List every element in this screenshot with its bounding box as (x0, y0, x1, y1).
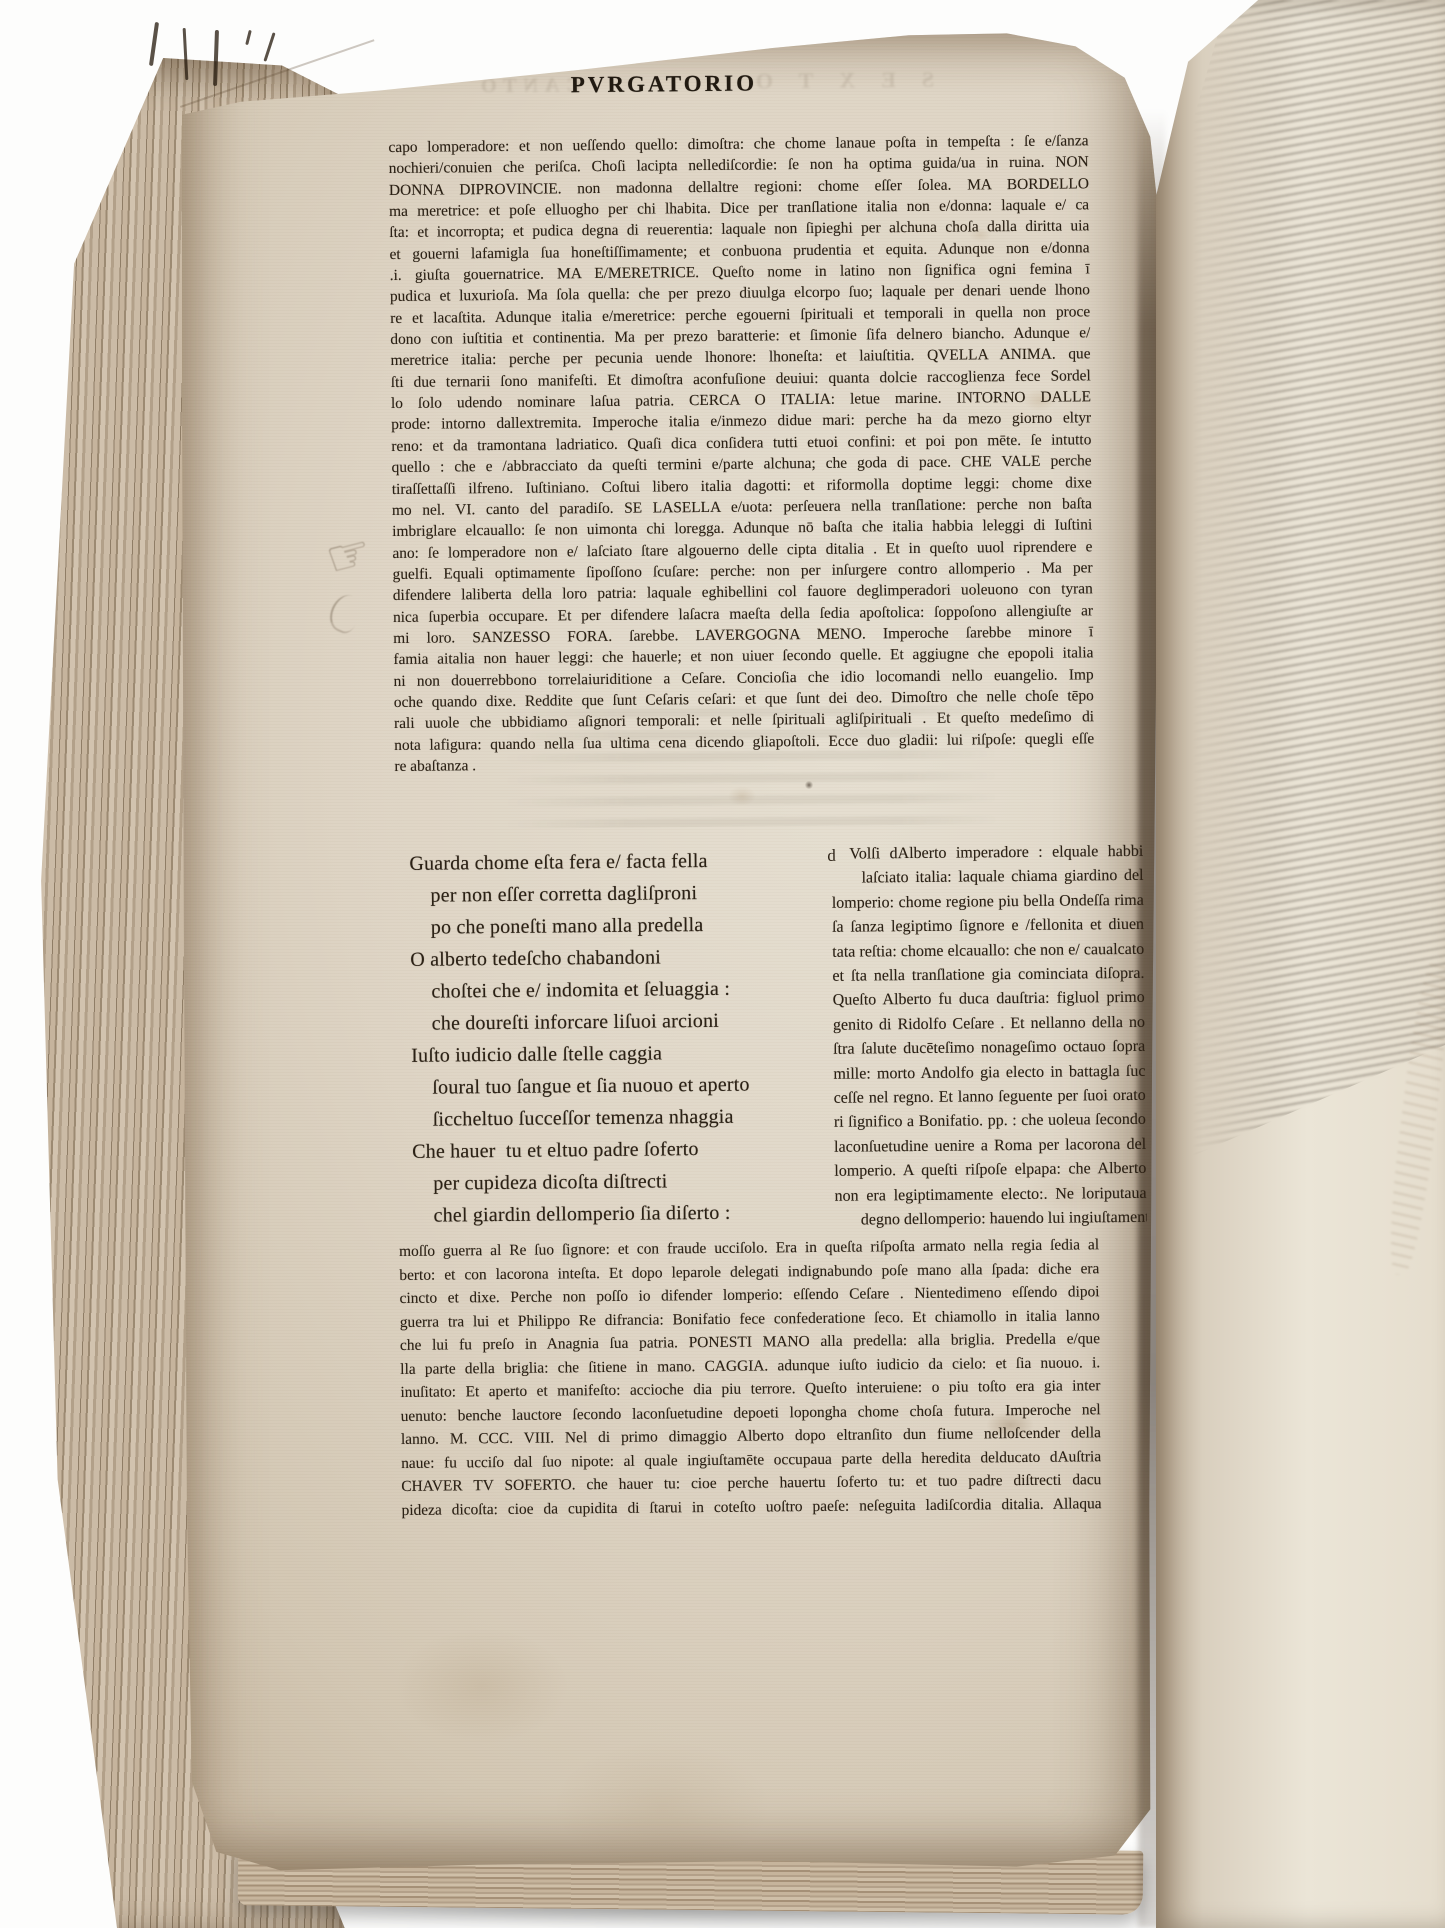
text-line: non era legiptimamente electo:. Ne lorip… (834, 1181, 1146, 1208)
right-page-text-blur (1191, 0, 1445, 1157)
text-line: ſa ſanza legiptimo ſignore e /fellonita … (832, 913, 1144, 940)
text-line: mille: morto Andolfo gia electo in batta… (833, 1059, 1145, 1086)
ink-stroke (245, 30, 252, 45)
commentary-top: capo lomperadore: et non ueſſendo quello… (388, 130, 1094, 777)
right-page (1156, 0, 1445, 1928)
text-line: ri ſignifico a Bonifatio. pp. : che uole… (834, 1108, 1146, 1135)
text-line: Volſi dAlberto imperadore : elquale habb… (831, 840, 1143, 867)
text-line: tata reſtia: chome elcauallo: che non e/… (832, 937, 1144, 964)
ink-stroke (263, 32, 275, 61)
text-line: laconſuetudine uenire a Roma per lacoron… (834, 1133, 1146, 1160)
text-line: laſciato italia: laquale chiama giardino… (831, 864, 1143, 891)
commentary-right: Volſi dAlberto imperadore : elquale habb… (831, 840, 1147, 1233)
ink-stroke (149, 22, 159, 66)
showthrough-lines (500, 698, 1001, 829)
manicule-drawing: ☞ (320, 522, 378, 589)
book-photo: CANTO SEXTO PVRGATORIO capo lomperadore:… (0, 0, 1445, 1928)
text-line: et ſta nella tranſlatione gia cominciata… (832, 962, 1144, 989)
text-line: lomperio. A queſti riſpoſe elpapa: che A… (834, 1157, 1146, 1184)
text-line: degno dellomperio: hauendo lui ingiuſtam… (835, 1206, 1147, 1233)
text-line: ceſſe nel regno. Et lanno ſeguente per ſ… (834, 1084, 1146, 1111)
running-title: PVRGATORIO (514, 70, 814, 99)
text-line: Queſto Alberto fu duca dauſtria: figluol… (833, 986, 1145, 1013)
left-page: CANTO SEXTO PVRGATORIO capo lomperadore:… (182, 26, 1164, 1874)
margin-scribble (325, 590, 366, 636)
printed-text-layer: CANTO SEXTO PVRGATORIO capo lomperadore:… (173, 21, 1173, 1878)
commentary-bottom: moſſo guerra al Re ſuo ſignore: et con f… (399, 1233, 1102, 1522)
text-line: lomperio: chome regione piu bella Ondeſſ… (832, 889, 1144, 916)
text-line: ſtra ſalute ducēteſimo nonageſimo octauo… (833, 1035, 1145, 1062)
text-line: genito di Ridolfo Ceſare . Et nellanno d… (833, 1011, 1145, 1038)
